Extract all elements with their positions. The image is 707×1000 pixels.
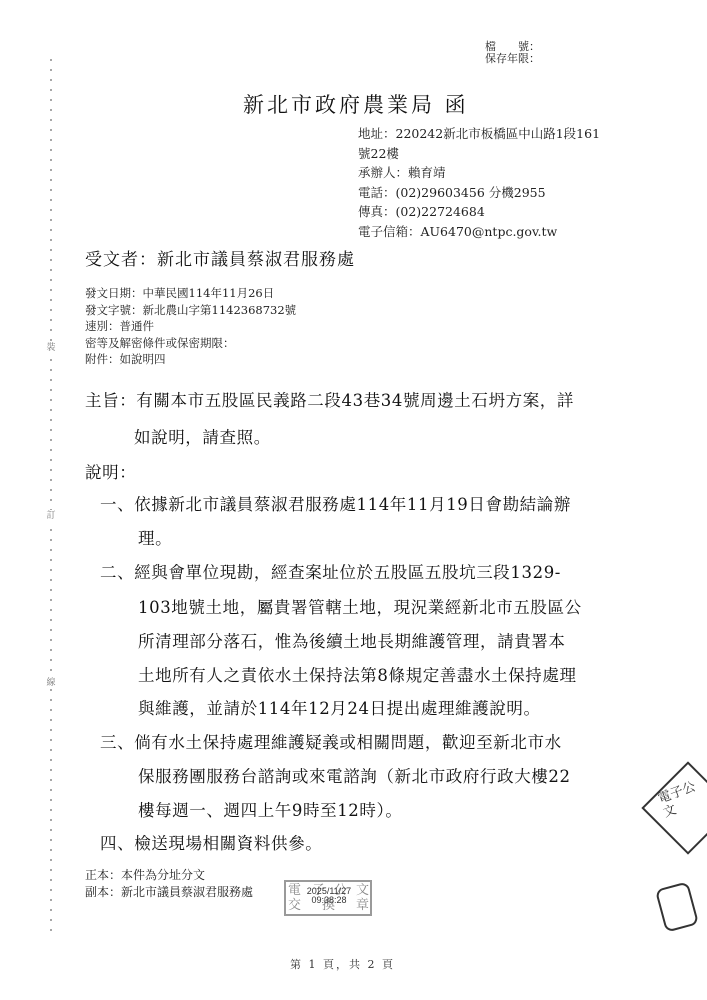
delivery-speed: 速別：普通件 [85, 318, 296, 335]
retention-period-label: 保存年限： [485, 53, 540, 65]
electronic-exchange-stamp: 電 子 公 文 交 換 章 2025/11/27 09:38:28 [284, 880, 372, 916]
original-recipient: 正本：本件為分址分文 [85, 867, 205, 884]
attachment: 附件：如說明四 [85, 351, 296, 368]
issue-date: 發文日期：中華民國114年11月26日 [85, 285, 296, 302]
explanation-item-2-line-4: 土地所有人之責依水土保持法第8條規定善盡水土保持處理 [138, 662, 577, 686]
page-number: 第 1 頁，共 2 頁 [290, 956, 395, 972]
contact-block: 地址：220242新北市板橋區中山路1段161 號22樓 承辦人：賴育靖 電話：… [358, 124, 600, 241]
phone: 電話：(02)29603456 分機2955 [358, 183, 600, 203]
binding-mark-ding: 訂 [44, 510, 58, 522]
explanation-item-2-line-1: 二、經與會單位現勘，經查案址位於五股區五股坑三段1329- [100, 559, 561, 583]
document-number: 發文字號：新北農山字第1142368732號 [85, 302, 296, 319]
explanation-item-1-line-2: 理。 [138, 525, 172, 549]
explanation-item-2-line-2: 103地號土地，屬貴署管轄土地，現況業經新北市五股區公 [138, 594, 582, 618]
explanation-item-2-line-3: 所清理部分落石，惟為後續土地長期維護管理，請貴署本 [138, 628, 566, 652]
explanation-item-3-line-1: 三、倘有水土保持處理維護疑義或相關問題，歡迎至新北市水 [100, 729, 562, 753]
explanation-heading: 說明： [85, 459, 136, 483]
document-meta: 發文日期：中華民國114年11月26日 發文字號：新北農山字第114236873… [85, 285, 296, 368]
explanation-item-2-line-5: 與維護，並請於114年12月24日提出處理維護說明。 [138, 695, 541, 719]
binding-mark-xian: 線 [44, 677, 58, 689]
stamp-char: 交 [288, 899, 301, 912]
copy-recipient: 副本：新北市議員蔡淑君服務處 [85, 884, 253, 901]
address-line-2: 號22樓 [358, 144, 600, 164]
fax: 傳真：(02)22724684 [358, 202, 600, 222]
subject-line-2: 如說明，請查照。 [134, 424, 271, 448]
address-line-1: 地址：220242新北市板橋區中山路1段161 [358, 124, 600, 144]
secrecy-level: 密等及解密條件或保密期限： [85, 335, 296, 352]
explanation-item-1-line-1: 一、依據新北市議員蔡淑君服務處114年11月19日會勘結論辦 [100, 491, 571, 515]
explanation-item-3-line-3: 樓每週一、週四上午9時至12時）。 [138, 797, 402, 821]
stamp-char: 章 [356, 899, 369, 912]
binding-line [50, 55, 52, 935]
handler: 承辦人：賴育靖 [358, 163, 600, 183]
explanation-item-3-line-2: 保服務團服務台諮詢或來電諮詢（新北市政府行政大樓22 [138, 763, 571, 787]
email: 電子信箱：AU6470@ntpc.gov.tw [358, 222, 600, 242]
seal-partial [655, 881, 699, 932]
stamp-char: 文 [356, 884, 369, 897]
recipient: 受文者：新北市議員蔡淑君服務處 [85, 245, 355, 270]
stamp-char: 電 [288, 884, 301, 897]
stamp-time: 09:38:28 [304, 896, 354, 905]
binding-mark-zhuang: 裝 [44, 342, 58, 354]
stamp-timestamp: 2025/11/27 09:38:28 [304, 887, 354, 905]
explanation-item-4-line-1: 四、檢送現場相關資料供參。 [100, 830, 322, 854]
document-title: 新北市政府農業局 函 [243, 89, 469, 119]
subject-line-1: 主旨：有關本市五股區民義路二段43巷34號周邊土石坍方案，詳 [85, 387, 574, 411]
